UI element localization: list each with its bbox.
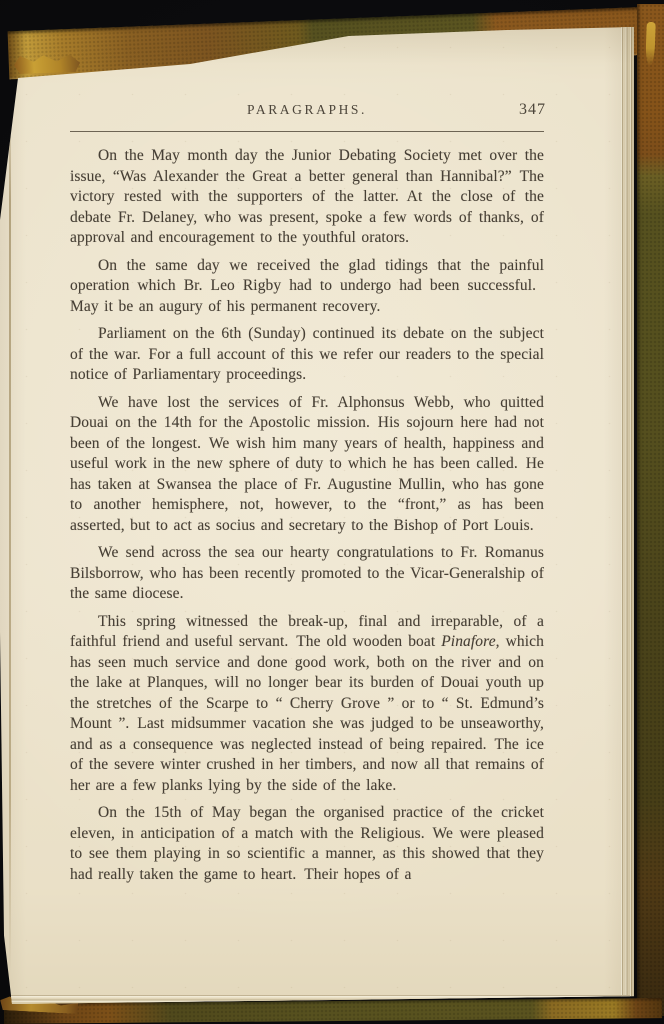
book-photo: PARAGRAPHS. 347 On the May month day the… [0, 0, 664, 1024]
page-gutter-fold [9, 94, 11, 974]
page-number: 347 [519, 100, 546, 120]
paragraph-debating-society: On the May month day the Junior Debating… [70, 146, 544, 249]
text-block: On the May month day the Junior Debating… [70, 146, 544, 885]
header-rule [70, 131, 544, 132]
paragraph-cricket: On the 15th of May began the organised p… [70, 803, 544, 885]
book-page: PARAGRAPHS. 347 On the May month day the… [0, 24, 634, 1004]
cover-texture [637, 4, 664, 1016]
boat-name-italic: Pinafore, [441, 633, 499, 650]
book-cover-right-edge [637, 4, 664, 1016]
paragraph-alphonsus-webb: We have lost the services of Fr. Alphons… [70, 393, 544, 537]
page-header: PARAGRAPHS. 347 [70, 100, 544, 120]
page-edge-stack-right [621, 24, 634, 998]
running-title: PARAGRAPHS. [70, 100, 544, 120]
paragraph-bilsborrow: We send across the sea our hearty congra… [70, 543, 544, 605]
page-content: PARAGRAPHS. 347 On the May month day the… [70, 24, 544, 885]
paragraph-segment: which has seen much service and done goo… [70, 633, 544, 794]
paragraph-pinafore-boat: This spring witnessed the break-up, fina… [70, 612, 544, 797]
paragraph-parliament: Parliament on the 6th (Sunday) continued… [70, 324, 544, 386]
paragraph-leo-rigby: On the same day we received the glad tid… [70, 256, 544, 318]
